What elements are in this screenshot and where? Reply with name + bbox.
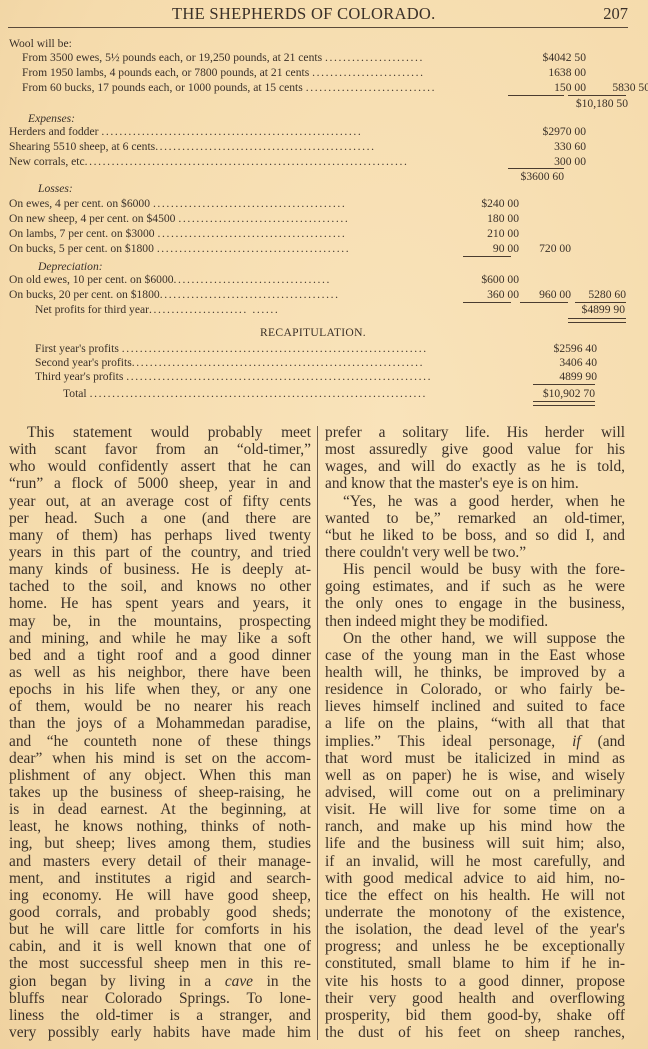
wool-total-row: $10,180 50 <box>0 96 628 111</box>
text-line: takes up the business of sheep-raising, … <box>9 784 311 801</box>
depreciation-row: On old ewes, 10 per cent. on $6000......… <box>9 272 615 287</box>
text-line: home. He has spent years and years, it <box>9 595 311 612</box>
text-line: many kinds of business. He is deeply at- <box>9 561 311 578</box>
text-line: ment, and institutes a rigid and search- <box>9 870 311 887</box>
row-label: From 1950 lambs, 4 pounds each, or 7800 … <box>22 65 510 80</box>
row-amount: $2596 40 <box>535 341 597 356</box>
text-line: that word must be italicized in mind as <box>325 750 625 767</box>
text-line: liness the old-timer is a stranger, and <box>9 1007 311 1024</box>
row-amount: 330 60 <box>504 139 586 154</box>
text-line: ranch, and make up his mind how the <box>325 818 625 835</box>
wool-total: $10,180 50 <box>546 96 628 111</box>
text-line: the dust of his feet on sheep ranches, <box>325 1024 625 1041</box>
text-line: most assuredly give good value for his <box>325 441 625 458</box>
text-line: the most successful sheep men in this re… <box>9 955 311 972</box>
row-grand-subtotal: 5280 60 <box>554 287 626 302</box>
row-amount: $2970 00 <box>504 124 586 139</box>
page-number: 207 <box>603 4 628 24</box>
row-label: On new sheep, 4 per cent. on $4500 .....… <box>9 211 465 226</box>
row-label: On lambs, 7 per cent. on $3000 .........… <box>9 226 465 241</box>
text-line: and masters every detail of their manage… <box>9 853 311 870</box>
depreciation-row: On bucks, 20 per cent. on $1800.........… <box>9 287 628 302</box>
text-line: the isolation, the dead level of the yea… <box>325 921 625 938</box>
row-subtotal: 720 00 <box>499 241 571 256</box>
text-line: may be, in the mountains, prospecting <box>9 613 311 630</box>
text-line: good corrals, and probably good sheds; <box>9 904 311 921</box>
row-label: Shearing 5510 sheep, at 6 cents.........… <box>9 139 511 154</box>
recap-total-row: Total ..................................… <box>63 386 628 401</box>
double-rule <box>533 401 595 406</box>
row-label: Total ..................................… <box>63 386 531 401</box>
body-column-left: This statement would probably meetwith s… <box>9 424 311 1041</box>
text-line: underrate the monotony of the existence, <box>325 904 625 921</box>
recapitulation-title: RECAPITULATION. <box>260 325 366 340</box>
row-label: Herders and fodder .....................… <box>9 124 511 139</box>
text-line: “but he liked to be boss, and so did I, … <box>325 527 625 544</box>
expenses-total: $3600 60 <box>482 169 564 184</box>
row-amount: 210 00 <box>449 226 519 241</box>
text-line: and “he counteth none of these things <box>9 733 311 750</box>
text-line: vite his hosts to a good dinner, propose <box>325 973 625 990</box>
text-line: as well as his neighbor, there have been <box>9 664 311 681</box>
losses-heading: Losses: <box>38 181 338 196</box>
text-line: very possibly early habits have made him <box>9 1024 311 1041</box>
section-heading: Losses: <box>38 181 73 196</box>
text-line: advised, will come out on a preliminary <box>325 784 625 801</box>
row-label: From 3500 ewes, 5½ pounds each, or 19,25… <box>22 50 510 65</box>
text-line: year out, at an average cost of fifty ce… <box>9 493 311 510</box>
text-line: lieves himself inclined and suited to fa… <box>325 698 625 715</box>
text-line: wages, and will do exactly as he is told… <box>325 458 625 475</box>
row-label: Net profits for third year..............… <box>35 302 465 317</box>
double-rule <box>568 318 626 323</box>
text-line: On the other hand, we will suppose the <box>325 630 625 647</box>
row-amount: 180 00 <box>449 211 519 226</box>
row-amount: 3406 40 <box>535 355 597 370</box>
row-label: On ewes, 4 per cent. on $6000 ..........… <box>9 196 465 211</box>
text-line: many of them) has perhaps lived twenty <box>9 527 311 544</box>
text-line: constituted, small blame to him if he in… <box>325 955 625 972</box>
text-line: gion began by living in a cave in the <box>9 973 311 990</box>
text-line: their very good health and overflowing <box>325 990 625 1007</box>
text-line: dear” when his mind is set on the accom- <box>9 750 311 767</box>
text-line: “run” a flock of 5000 sheep, year in and <box>9 475 311 492</box>
section-heading: Wool will be: <box>9 36 72 51</box>
text-line: life and the business will suit him; als… <box>325 835 625 852</box>
text-line: visit. He will live for some time on a <box>325 801 625 818</box>
text-line: “Yes, he was a good herder, when he <box>325 493 625 510</box>
text-line: His pencil would be busy with the fore- <box>325 561 625 578</box>
recap-total: $10,902 70 <box>523 386 595 401</box>
row-amount: 4899 90 <box>535 369 597 384</box>
text-line: per head. Such a one (and there are <box>9 510 311 527</box>
text-line: ing economy. He will have good sheep, <box>9 887 311 904</box>
wool-row: From 60 bucks, 17 pounds each, or 1000 p… <box>22 80 628 95</box>
text-line: of them, would be no nearer his reach <box>9 698 311 715</box>
text-line: case of the young man in the East whose <box>325 647 625 664</box>
row-label: Third year's profits ...................… <box>35 369 535 384</box>
page-header: THE SHEPHERDS OF COLORADO. 207 <box>0 4 628 24</box>
text-line: who would confidently assert that he can <box>9 458 311 475</box>
loss-row: On lambs, 7 per cent. on $3000 .........… <box>9 226 615 241</box>
text-line: bed and a tight roof and a good dinner <box>9 647 311 664</box>
net-profit-row: Net profits for third year..............… <box>35 302 628 317</box>
text-line: prosperity, bid them good-by, shake off <box>325 1007 625 1024</box>
text-line: health will, he thinks, be improved by a <box>325 664 625 681</box>
loss-row: On new sheep, 4 per cent. on $4500 .....… <box>9 211 615 226</box>
row-label: On old ewes, 10 per cent. on $6000......… <box>9 272 465 287</box>
text-line: implies.” This ideal personage, if (and <box>325 733 625 750</box>
italic-word: cave <box>225 973 253 990</box>
row-subtotal: 5830 50 <box>568 80 648 95</box>
wool-row: From 1950 lambs, 4 pounds each, or 7800 … <box>22 65 628 80</box>
loss-row: On ewes, 4 per cent. on $6000 ..........… <box>9 196 615 211</box>
text-line: ing, but sheep; lives among them, studie… <box>9 835 311 852</box>
text-line: cabin, and it is well known that one of <box>9 938 311 955</box>
text-line: well as on paper) he is wise, and wisely <box>325 767 625 784</box>
expense-row: Shearing 5510 sheep, at 6 cents.........… <box>9 139 615 154</box>
text-line: the only ones to engage in the business, <box>325 595 625 612</box>
body-column-right: prefer a solitary life. His herder willm… <box>325 424 625 1041</box>
row-amount: $600 00 <box>449 272 519 287</box>
recap-row: Second year's profits...................… <box>35 355 628 370</box>
net-profit-amount: $4899 90 <box>545 302 625 317</box>
text-line: residence in Colorado, or who fairly be- <box>325 681 625 698</box>
wool-heading: Wool will be: <box>9 36 409 51</box>
loss-row: On bucks, 5 per cent. on $1800 .........… <box>9 241 615 256</box>
text-line: bluffs near Colorado Springs. To lone- <box>9 990 311 1007</box>
text-line: and know that the master's eye is on him… <box>325 475 625 492</box>
text-line: a life on the plains, “with all that tha… <box>325 715 625 732</box>
text-line: tached to the soil, and knows no other <box>9 578 311 595</box>
text-line: epochs in his life when they, or any one <box>9 681 311 698</box>
text-line: there couldn't very well be two.” <box>325 544 625 561</box>
row-amount: $240 00 <box>449 196 519 211</box>
recap-row: Third year's profits ...................… <box>35 369 628 384</box>
text-line: years in this part of the country, and t… <box>9 544 311 561</box>
text-line: prefer a solitary life. His herder will <box>325 424 625 441</box>
text-line: wanted to be,” remarked an old-timer, <box>325 510 625 527</box>
row-label: First year's profits ...................… <box>35 341 535 356</box>
row-label: On bucks, 20 per cent. on $1800.........… <box>9 287 465 302</box>
text-line: and mining, and while he may like a soft <box>9 630 311 647</box>
recap-row: First year's profits ...................… <box>35 341 628 356</box>
text-line: then indeed might they be modified. <box>325 613 625 630</box>
row-amount: 1638 00 <box>504 65 586 80</box>
row-amount: 300 00 <box>504 154 586 169</box>
row-amount: $4042 50 <box>504 50 586 65</box>
text-line: with good medical advice to aid him, no- <box>325 870 625 887</box>
text-line: than the joys of a Mohammedan paradise, <box>9 715 311 732</box>
text-line: plishment of any object. When this man <box>9 767 311 784</box>
text-line: is in dead earnest. At the beginning, at <box>9 801 311 818</box>
text-line: tice the effect on his health. He will n… <box>325 887 625 904</box>
text-line: if an invalid, will he most carefully, a… <box>325 853 625 870</box>
italic-word: if <box>572 733 581 750</box>
text-line: least, he knows nothing, thinks of noth- <box>9 818 311 835</box>
expense-row: New corrals, etc........................… <box>9 154 615 169</box>
column-divider <box>317 426 318 1040</box>
expense-row: Herders and fodder .....................… <box>9 124 615 139</box>
book-page: THE SHEPHERDS OF COLORADO. 207 Wool will… <box>0 0 648 1049</box>
wool-row: From 3500 ewes, 5½ pounds each, or 19,25… <box>22 50 628 65</box>
row-label: New corrals, etc........................… <box>9 154 511 169</box>
sum-rule <box>463 256 511 257</box>
text-line: progress; and unless he be exceptionally <box>325 938 625 955</box>
running-title: THE SHEPHERDS OF COLORADO. <box>172 4 436 24</box>
text-line: with scant favor from an “old-timer,” <box>9 441 311 458</box>
header-rule <box>8 27 628 28</box>
text-line: This statement would probably meet <box>9 424 311 441</box>
row-label: On bucks, 5 per cent. on $1800 .........… <box>9 241 465 256</box>
text-line: but he will care little for comforts in … <box>9 921 311 938</box>
text-line: going estimates, and if such as he were <box>325 578 625 595</box>
row-label: From 60 bucks, 17 pounds each, or 1000 p… <box>22 80 510 95</box>
sum-rule <box>533 384 595 385</box>
row-label: Second year's profits...................… <box>35 355 535 370</box>
